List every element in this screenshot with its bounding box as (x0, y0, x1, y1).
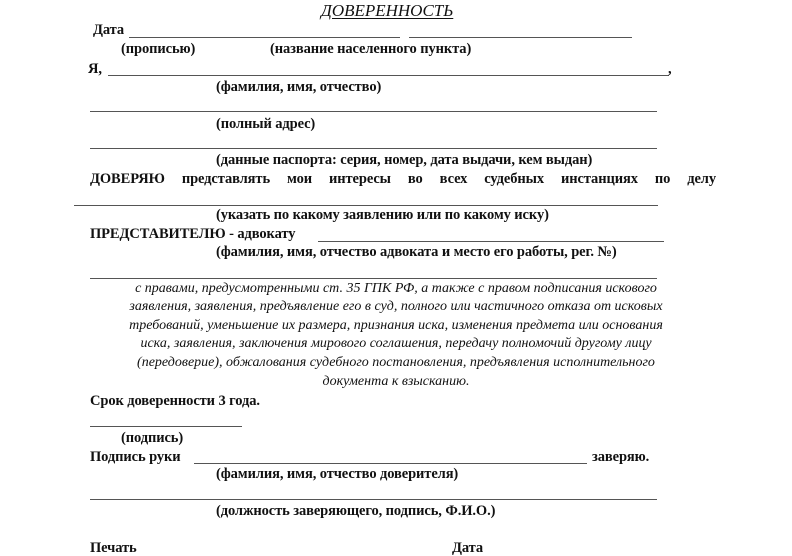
document-title: ДОВЕРЕННОСТЬ (321, 1, 453, 21)
date-words-hint: (прописью) (121, 41, 195, 58)
trust-sentence: ДОВЕРЯЮ представлять мои интересы во все… (90, 171, 716, 188)
address-hint: (полный адрес) (216, 116, 315, 133)
stamp-label: Печать (90, 540, 137, 556)
representative-hint: (фамилия, имя, отчество адвоката и место… (216, 244, 617, 261)
rights-line-4: иска, заявления, заключения мирового сог… (90, 336, 702, 352)
i-label: Я, (88, 61, 102, 78)
term-text: Срок доверенности 3 года. (90, 393, 260, 410)
date-bottom-label: Дата (452, 540, 483, 556)
signature-field[interactable] (90, 426, 242, 427)
rights-line-5: (передоверие), обжалования судебного пос… (90, 355, 702, 371)
case-field[interactable] (74, 205, 658, 206)
date-label: Дата (93, 22, 124, 39)
fio-hint: (фамилия, имя, отчество) (216, 79, 381, 96)
fio-field[interactable] (108, 75, 669, 76)
principal-hint: (фамилия, имя, отчество доверителя) (216, 466, 458, 483)
place-field[interactable] (409, 37, 632, 38)
passport-field[interactable] (90, 148, 657, 149)
representative-label: ПРЕДСТАВИТЕЛЮ - адвокату (90, 226, 295, 243)
representative-field[interactable] (318, 241, 664, 242)
date-words-field[interactable] (129, 37, 400, 38)
principal-field[interactable] (194, 463, 587, 464)
comma: , (668, 61, 672, 78)
hand-signature-label: Подпись руки (90, 449, 181, 466)
case-hint: (указать по какому заявлению или по како… (216, 207, 549, 224)
rights-line-6: документа к взысканию. (90, 374, 702, 390)
rights-line-1: с правами, предусмотренными ст. 35 ГПК Р… (90, 281, 702, 297)
address-field[interactable] (90, 111, 657, 112)
place-hint: (название населенного пункта) (270, 41, 471, 58)
representative-extra-field[interactable] (90, 278, 657, 279)
rights-line-2: заявления, заявления, предъявление его в… (90, 299, 702, 315)
signature-hint: (подпись) (121, 430, 183, 447)
passport-hint: (данные паспорта: серия, номер, дата выд… (216, 152, 592, 169)
certifier-hint: (должность заверяющего, подпись, Ф.И.О.) (216, 503, 495, 520)
rights-line-3: требований, уменьшение их размера, призн… (90, 318, 702, 334)
certifier-field[interactable] (90, 499, 657, 500)
certify-label: заверяю. (592, 449, 649, 466)
